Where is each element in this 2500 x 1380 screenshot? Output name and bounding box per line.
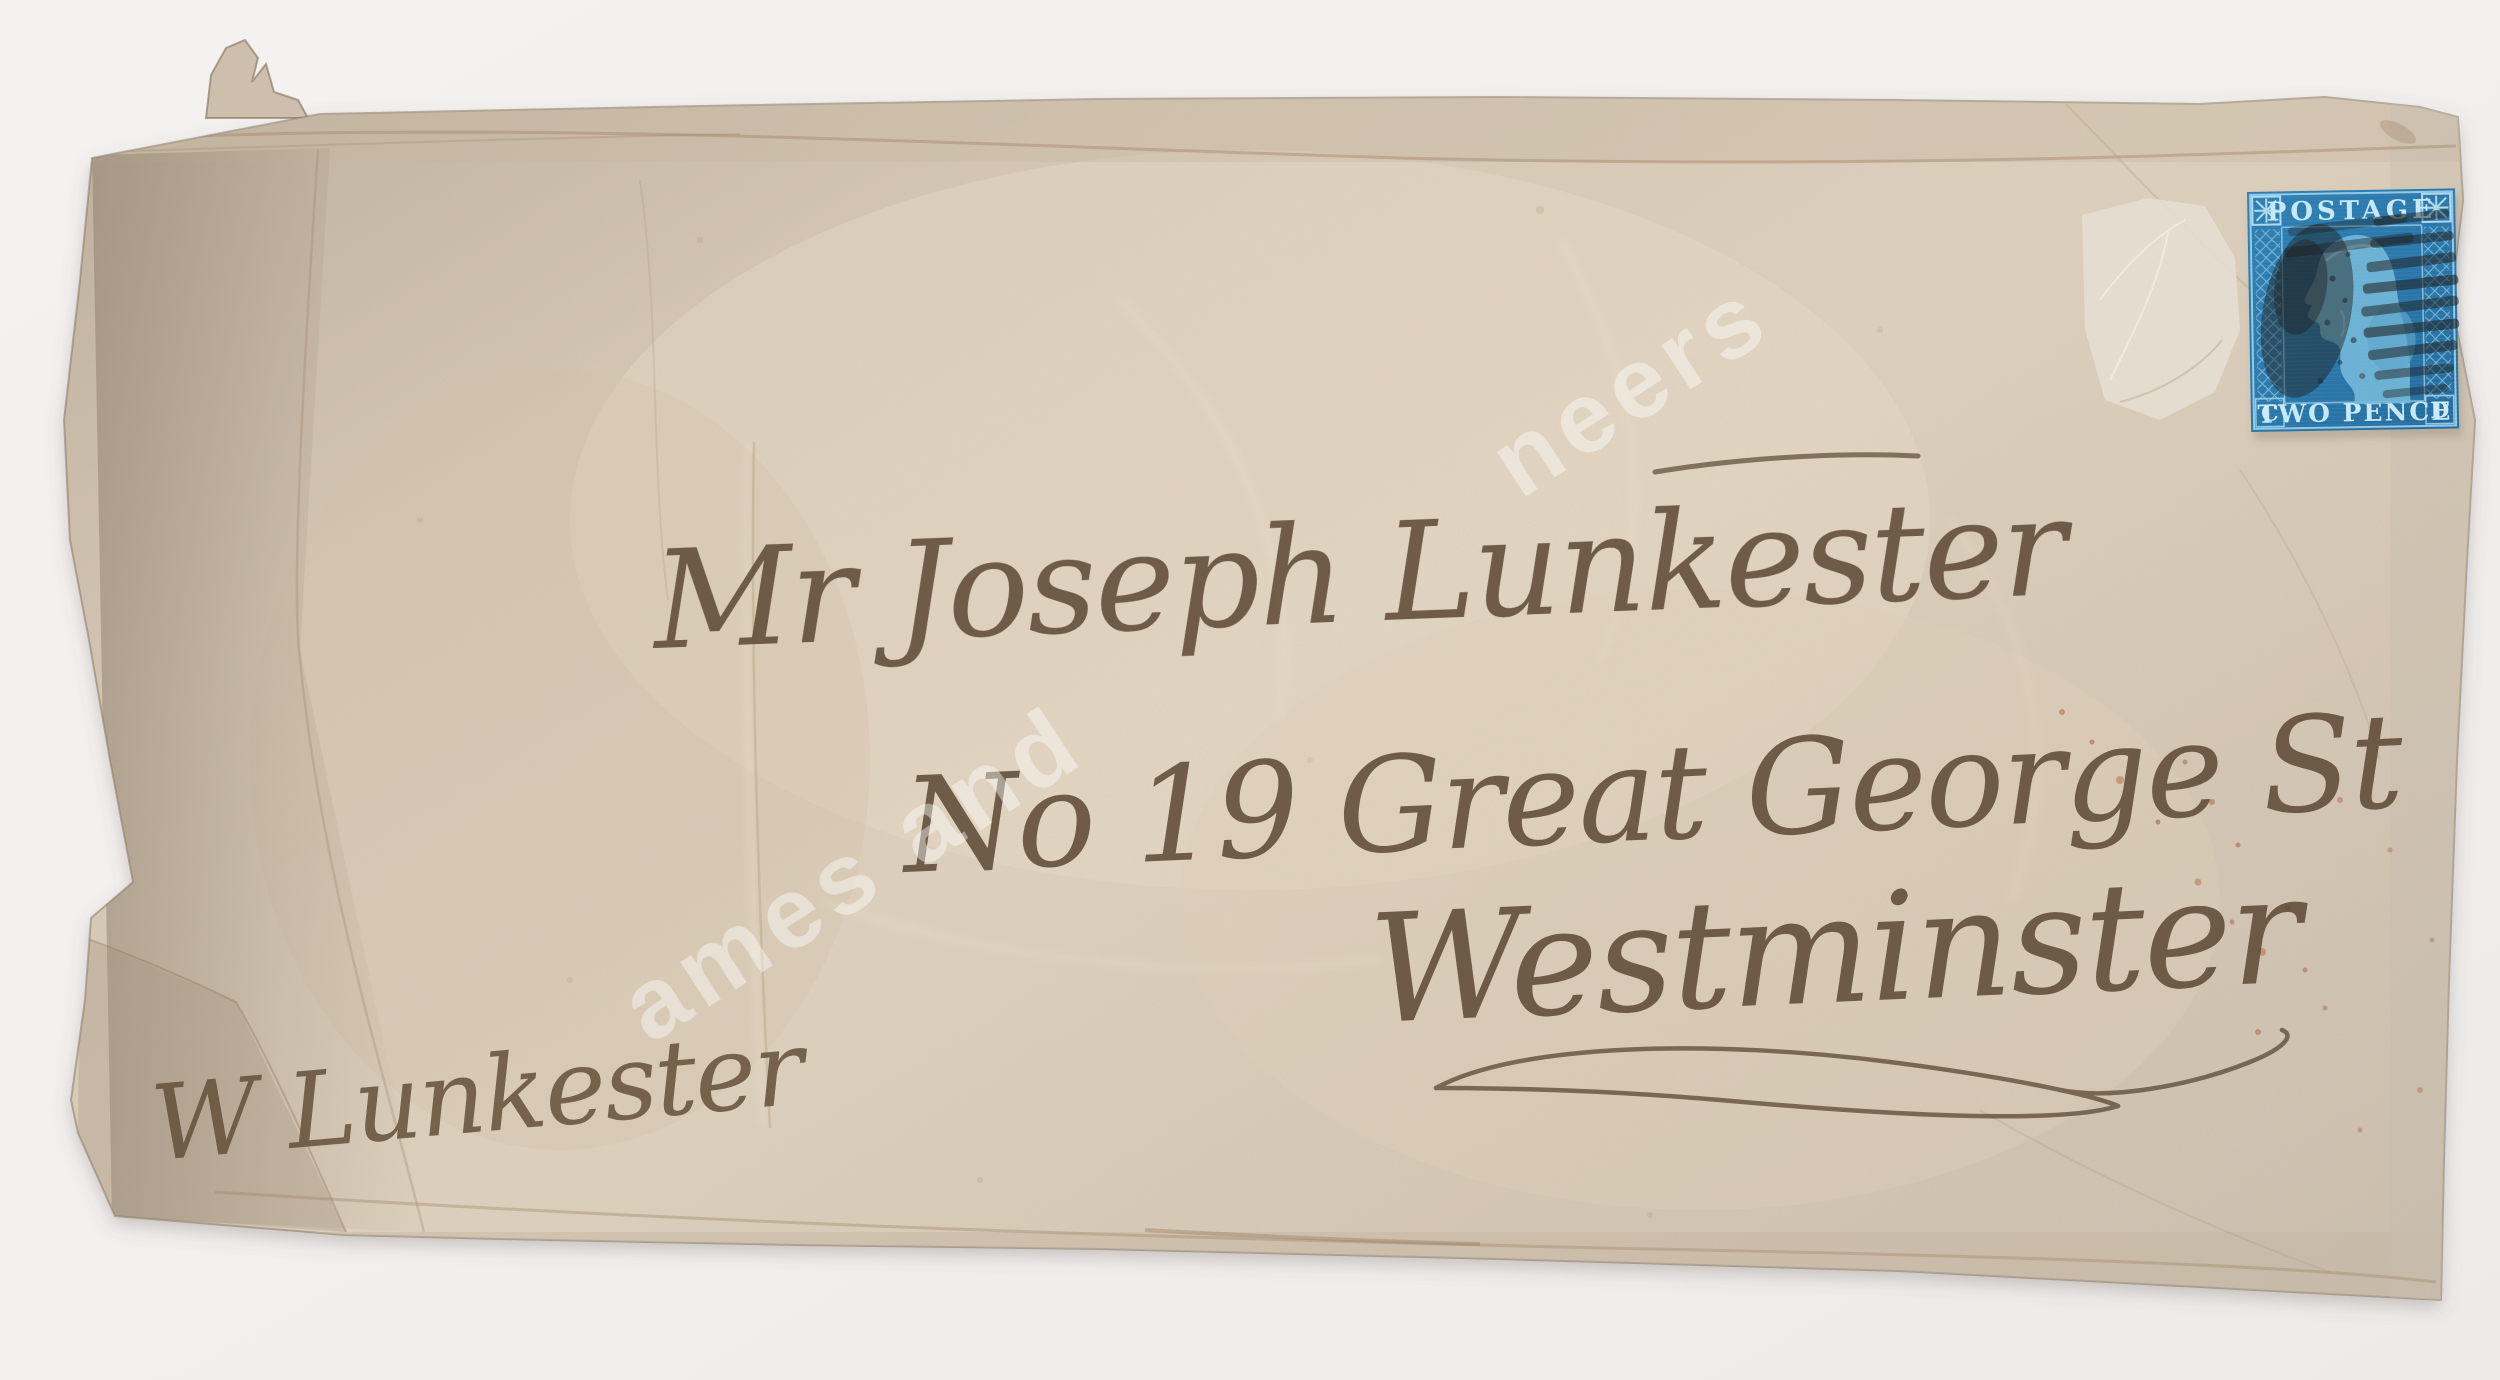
- stamp-letter-d: D: [2430, 398, 2450, 424]
- scanned-envelope-photo: Mr Joseph Lunkester No 19 Great George S…: [0, 0, 2500, 1380]
- envelope-scene: Mr Joseph Lunkester No 19 Great George S…: [0, 0, 2500, 1380]
- postage-stamp: POSTAGE TWO PENCE C D: [2244, 188, 2462, 432]
- stamp-letter-c: C: [2261, 400, 2279, 426]
